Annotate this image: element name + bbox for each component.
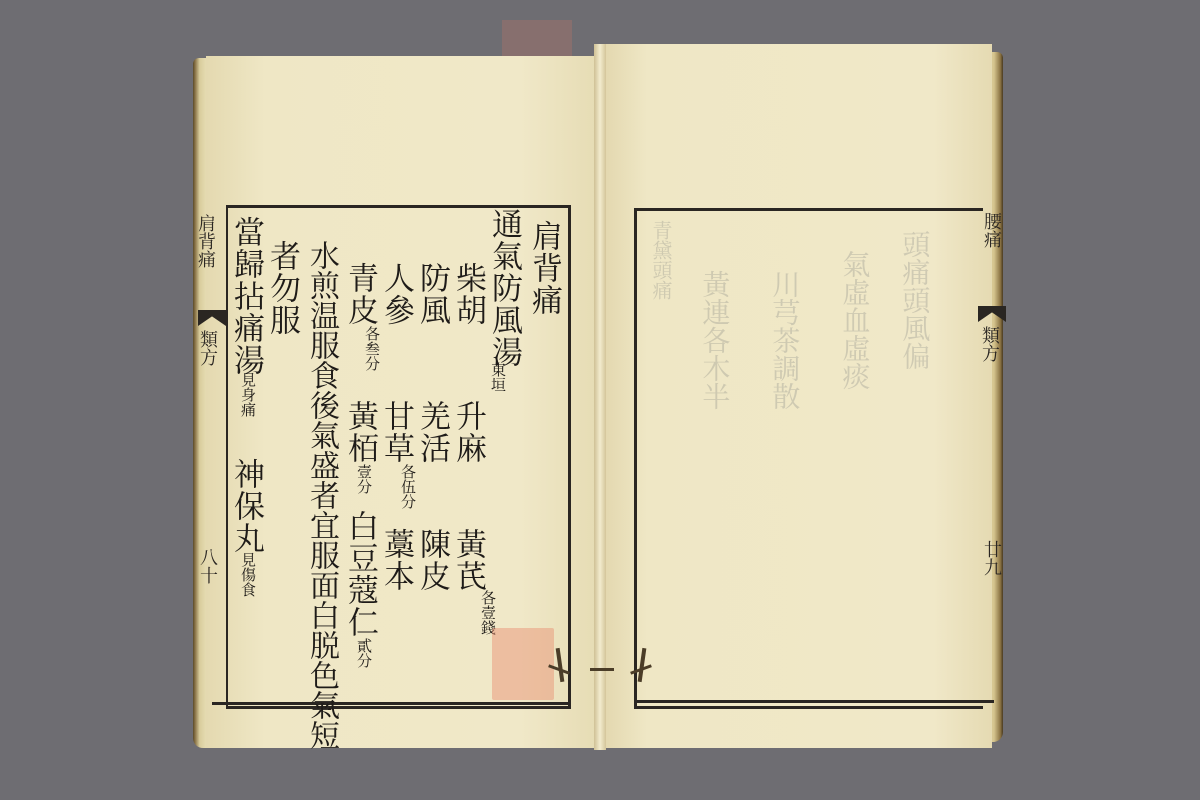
cross-ref-formula: 當歸拈痛湯 — [230, 216, 261, 376]
herb-chenpi: 陳皮 — [416, 528, 447, 592]
section-title: 肩背痛 — [528, 220, 559, 316]
formula-name: 通氣防風湯 — [488, 208, 519, 368]
herb-gancao: 甘草 — [380, 400, 411, 464]
herb-baidoukou: 白豆蔻仁 — [344, 510, 375, 638]
herb-qianghuo: 羌活 — [416, 400, 447, 464]
margin-category: 類方 — [980, 326, 998, 362]
right-page-border-frame — [634, 208, 983, 709]
instructions-line: 水煎温服食後氣盛者宜服面白脱色氣短 — [306, 240, 336, 750]
book-gutter — [594, 44, 606, 750]
cross-ref-formula: 神保丸 — [230, 458, 261, 554]
herb-fangfeng: 防風 — [416, 262, 447, 326]
cross-ref-note: 見傷食 — [240, 552, 256, 597]
red-seal-stamp — [492, 628, 554, 700]
herb-gaoben: 藁本 — [380, 528, 411, 592]
right-bottom-rule — [634, 700, 994, 703]
margin-category: 類方 — [198, 330, 216, 366]
dosage-note: 各伍分 — [384, 464, 416, 509]
herb-renshen: 人參 — [380, 262, 411, 326]
open-book: 頭痛頭風偏 氣虛血虛痰 川芎茶調散 黃連各木半 青黛頭痛 肩背痛 通氣防風湯 東… — [0, 0, 1200, 800]
left-bottom-rule — [212, 702, 568, 705]
dosage-note: 各叁分 — [348, 326, 380, 371]
instructions-line-cont: 者勿服 — [266, 240, 297, 336]
herb-huangbai: 黃栢 — [344, 400, 375, 464]
herb-shengma: 升麻 — [452, 400, 483, 464]
dosage-note: 貳分 — [356, 638, 372, 668]
herb-huangqi: 黃芪 — [452, 528, 483, 592]
dosage-note: 各壹錢 — [462, 590, 496, 635]
cross-ref-note: 見身痛 — [240, 372, 256, 417]
margin-title: 肩背痛 — [196, 214, 214, 268]
herb-qingpi: 青皮 — [344, 262, 375, 326]
margin-page-number: 廿九 — [982, 540, 1000, 576]
formula-source-note: 東垣 — [490, 362, 506, 392]
herb-chaihu: 柴胡 — [452, 262, 483, 326]
binding-thread — [590, 668, 614, 671]
dosage-note: 壹分 — [356, 464, 372, 494]
margin-title: 腰痛 — [982, 212, 1000, 248]
margin-page-number: 八十 — [198, 548, 216, 584]
